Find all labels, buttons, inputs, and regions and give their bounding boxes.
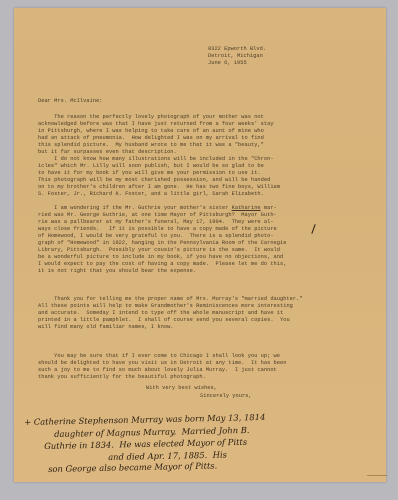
text-line: icles" which Mr. Lilly will soon publish… bbox=[38, 163, 264, 169]
text-line: Library, Pittsburgh. Possibly your cousi… bbox=[38, 247, 280, 253]
text-line: This photograph will be my most cherishe… bbox=[38, 177, 270, 183]
text-line: should be delighted to have you visit us… bbox=[38, 360, 286, 366]
text-line: You may be sure that if I ever come to C… bbox=[38, 353, 280, 359]
text-line: to have it for my book if you will give … bbox=[38, 170, 261, 176]
text-line: thank you sufficiently for the beautiful… bbox=[38, 374, 206, 380]
text-line: S. Foster, Jr., Richard K. Foster, and a… bbox=[38, 191, 264, 197]
letter-date: June 6, 1955 bbox=[208, 60, 247, 66]
text-line: on to my brother's children after I am g… bbox=[38, 184, 280, 190]
text-line: be a wonderful picture to include in my … bbox=[38, 254, 283, 260]
text-line: of Homewood, I would be very grateful to… bbox=[38, 233, 274, 239]
paragraph-3: I am wondering if the Mr. Guthrie your m… bbox=[38, 205, 286, 275]
text-line: graph of "Homewood" in 1922, hanging in … bbox=[38, 240, 286, 246]
text-line: had an attack of pneumonia. How delighte… bbox=[38, 135, 264, 141]
text-line: The reason the perfectly lovely photogra… bbox=[38, 114, 264, 120]
text-line: Thank you for telling me the proper name… bbox=[38, 296, 303, 302]
text-line: acknowledged before was that I have just… bbox=[38, 121, 274, 127]
paragraph-5: You may be sure that if I ever come to C… bbox=[38, 353, 286, 381]
address-street: 8322 Epworth Blvd. bbox=[208, 46, 266, 52]
text-line: ried was Mr. George Guthrie, at one time… bbox=[38, 212, 277, 218]
paragraph-4: Thank you for telling me the proper name… bbox=[38, 296, 303, 331]
text-line: I would expect to pay the cost of having… bbox=[38, 261, 286, 267]
text-line: and accurate. Someday I intend to type o… bbox=[38, 310, 283, 316]
text-line: ways close friends. If it is possible to… bbox=[38, 226, 277, 232]
text-line: I am wondering if the Mr. Guthrie your m… bbox=[38, 205, 232, 211]
text-line: will find many old familiar names, I kno… bbox=[38, 324, 174, 330]
paragraph-1: The reason the perfectly lovely photogra… bbox=[38, 114, 274, 156]
text-line: I do not know how many illustrations wil… bbox=[38, 156, 274, 162]
text-line: All these points will help to make Grand… bbox=[38, 303, 293, 309]
text-line: such a joy to me to find so much about l… bbox=[38, 367, 277, 373]
sender-address: 8322 Epworth Blvd. Detroit, Michigan Jun… bbox=[208, 46, 266, 67]
text-line: in Pittsburgh, where I was helping to ta… bbox=[38, 128, 264, 134]
salutation: Dear Mrs. McIlvaine: bbox=[38, 98, 103, 105]
text-line: this splendid picture. My husband wrote … bbox=[38, 142, 264, 148]
closing-signoff: Sincerely yours, bbox=[200, 393, 252, 400]
underlined-name: Katharine bbox=[232, 205, 261, 211]
text-line: mar- bbox=[261, 205, 277, 211]
text-line: it is not right that you should bear the… bbox=[38, 268, 196, 274]
text-line: but it far surpasses even that descripti… bbox=[38, 149, 177, 155]
address-city: Detroit, Michigan bbox=[208, 53, 263, 59]
text-line: rie was a pallbearer at my father's fune… bbox=[38, 219, 274, 225]
closing-wishes: With very best wishes, bbox=[146, 385, 217, 392]
paragraph-2: I do not know how many illustrations wil… bbox=[38, 156, 280, 198]
text-line: printed in a little pamphlet. I shall of… bbox=[38, 317, 290, 323]
